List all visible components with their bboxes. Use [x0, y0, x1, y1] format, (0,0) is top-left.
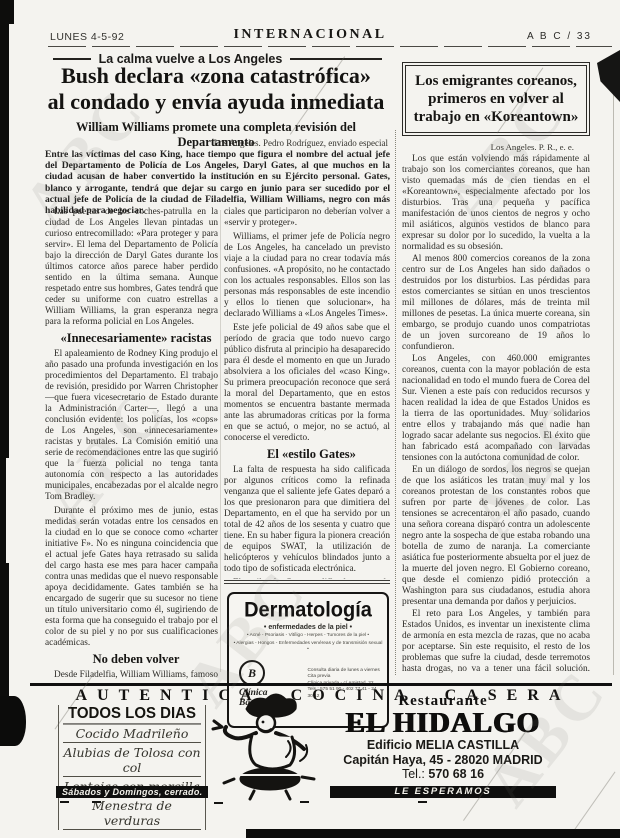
- article-column-left: Las puertas de los coches-patrulla en la…: [45, 207, 218, 681]
- scan-blot: [0, 696, 26, 746]
- korea-byline: Los Angeles. P. R., e. e.: [402, 142, 590, 152]
- article-paragraph: En un diálogo de sordos, los negros se q…: [402, 465, 590, 608]
- article-paragraph: El estilo de Gates, calificado como de «…: [224, 578, 390, 579]
- column-divider: [220, 210, 221, 672]
- scan-dash: [214, 802, 223, 804]
- ad-subtitle: • enfermedades de la piel •: [229, 624, 387, 631]
- scan-bottom-bar: [246, 829, 620, 838]
- ad-services-line: • Acné - Psoriasis - Vitíligo - Herpes -…: [229, 633, 387, 639]
- closed-days-bar: Sábados y Domingos, cerrado.: [56, 786, 208, 798]
- article-paragraph: El apaleamiento de Rodney King produjo e…: [45, 349, 218, 503]
- korea-headline: Los emigrantes coreanos, primeros en vol…: [405, 65, 587, 133]
- article-paragraph: Desde Filadelfia, William Williams, famo…: [45, 670, 218, 681]
- article-paragraph: Durante el próximo mes de junio, estas m…: [45, 506, 218, 649]
- crosshead: No deben volver: [45, 652, 218, 667]
- restaurant-address-line: Capitán Haya, 45 - 28020 MADRID: [330, 753, 556, 767]
- ad-services-line: • Alergias - Hongos - Enfermedades venér…: [229, 641, 387, 653]
- menu-item: Alubias de Tolosa con col: [63, 743, 201, 777]
- tagline-bar: LE ESPERAMOS: [330, 786, 556, 798]
- byline: Los Angeles. Pedro Rodríguez, enviado es…: [42, 138, 388, 148]
- crosshead: «Innecesariamente» racistas: [45, 331, 218, 346]
- menu-title: TODOS LOS DIAS: [63, 705, 201, 725]
- phone-number: 570 68 16: [428, 767, 484, 781]
- headline-line2: al condado y envía ayuda inmediata: [40, 89, 392, 115]
- korea-body: Los que están volviendo más rápidamente …: [402, 154, 590, 675]
- article-column-middle: ciales que participaron no deberían volv…: [224, 207, 390, 579]
- scan-dash: [300, 801, 309, 803]
- article-paragraph: El reto para Los Angeles, y también para…: [402, 609, 590, 675]
- article-paragraph: Este jefe policial de 49 años sabe que e…: [224, 323, 390, 444]
- menu-item: Menestra de verduras: [63, 796, 201, 830]
- article-paragraph: Las puertas de los coches-patrulla en la…: [45, 207, 218, 328]
- korea-article: Los emigrantes coreanos, primeros en vol…: [402, 60, 590, 675]
- chef-illustration-icon: [208, 687, 328, 801]
- scan-dash: [92, 801, 101, 803]
- scan-edge-artifact: [0, 0, 14, 24]
- newspaper-page: ABC ABC ABC ABC ABC ABC LUNES 4-5-92 INT…: [0, 0, 620, 838]
- article-paragraph: Los que están volviendo más rápidamente …: [402, 154, 590, 253]
- restaurant-name: EL HIDALGO: [330, 710, 556, 737]
- scan-edge-artifact: [0, 458, 6, 563]
- kicker-rule-right: [290, 58, 382, 60]
- ad-top-rule: [30, 683, 612, 686]
- article-paragraph: La falta de respuesta ha sido calificada…: [224, 465, 390, 575]
- restaurant-address-line: Edificio MELIA CASTILLA: [330, 738, 556, 752]
- article-paragraph: Los Angeles, con 460.000 emigrantes core…: [402, 354, 590, 464]
- page-edge-rule: [613, 55, 614, 675]
- scan-blot: [597, 50, 620, 102]
- restaurant-identity: Restaurante EL HIDALGO Edificio MELIA CA…: [330, 693, 556, 781]
- scan-dash: [60, 801, 69, 803]
- scan-scratch: [575, 772, 616, 830]
- menu-item: Cocido Madrileño: [63, 724, 201, 743]
- kicker-rule-left: [53, 58, 91, 60]
- column-rule: [395, 130, 396, 675]
- article-paragraph: Al menos 800 comercios coreanos de la zo…: [402, 254, 590, 353]
- ad-title: Dermatología: [229, 598, 387, 622]
- crosshead: El «estilo Gates»: [224, 447, 390, 462]
- main-headline: Bush declara «zona catastrófica» al cond…: [40, 63, 392, 115]
- header-rule: [48, 46, 612, 47]
- scan-dash: [418, 801, 427, 803]
- article-paragraph: ciales que participaron no deberían volv…: [224, 207, 390, 229]
- page-number: A B C / 33: [527, 31, 592, 42]
- restaurant-phone: Tel.: 570 68 16: [330, 767, 556, 781]
- phone-label: Tel.:: [402, 767, 425, 781]
- end-of-article-rule: [224, 580, 390, 584]
- headline-line1: Bush declara «zona catastrófica»: [40, 63, 392, 89]
- daily-menu: TODOS LOS DIAS Cocido Madrileño Alubias …: [58, 705, 206, 830]
- article-paragraph: Williams, el primer jefe de Policía negr…: [224, 232, 390, 320]
- scan-edge-artifact: [0, 0, 9, 458]
